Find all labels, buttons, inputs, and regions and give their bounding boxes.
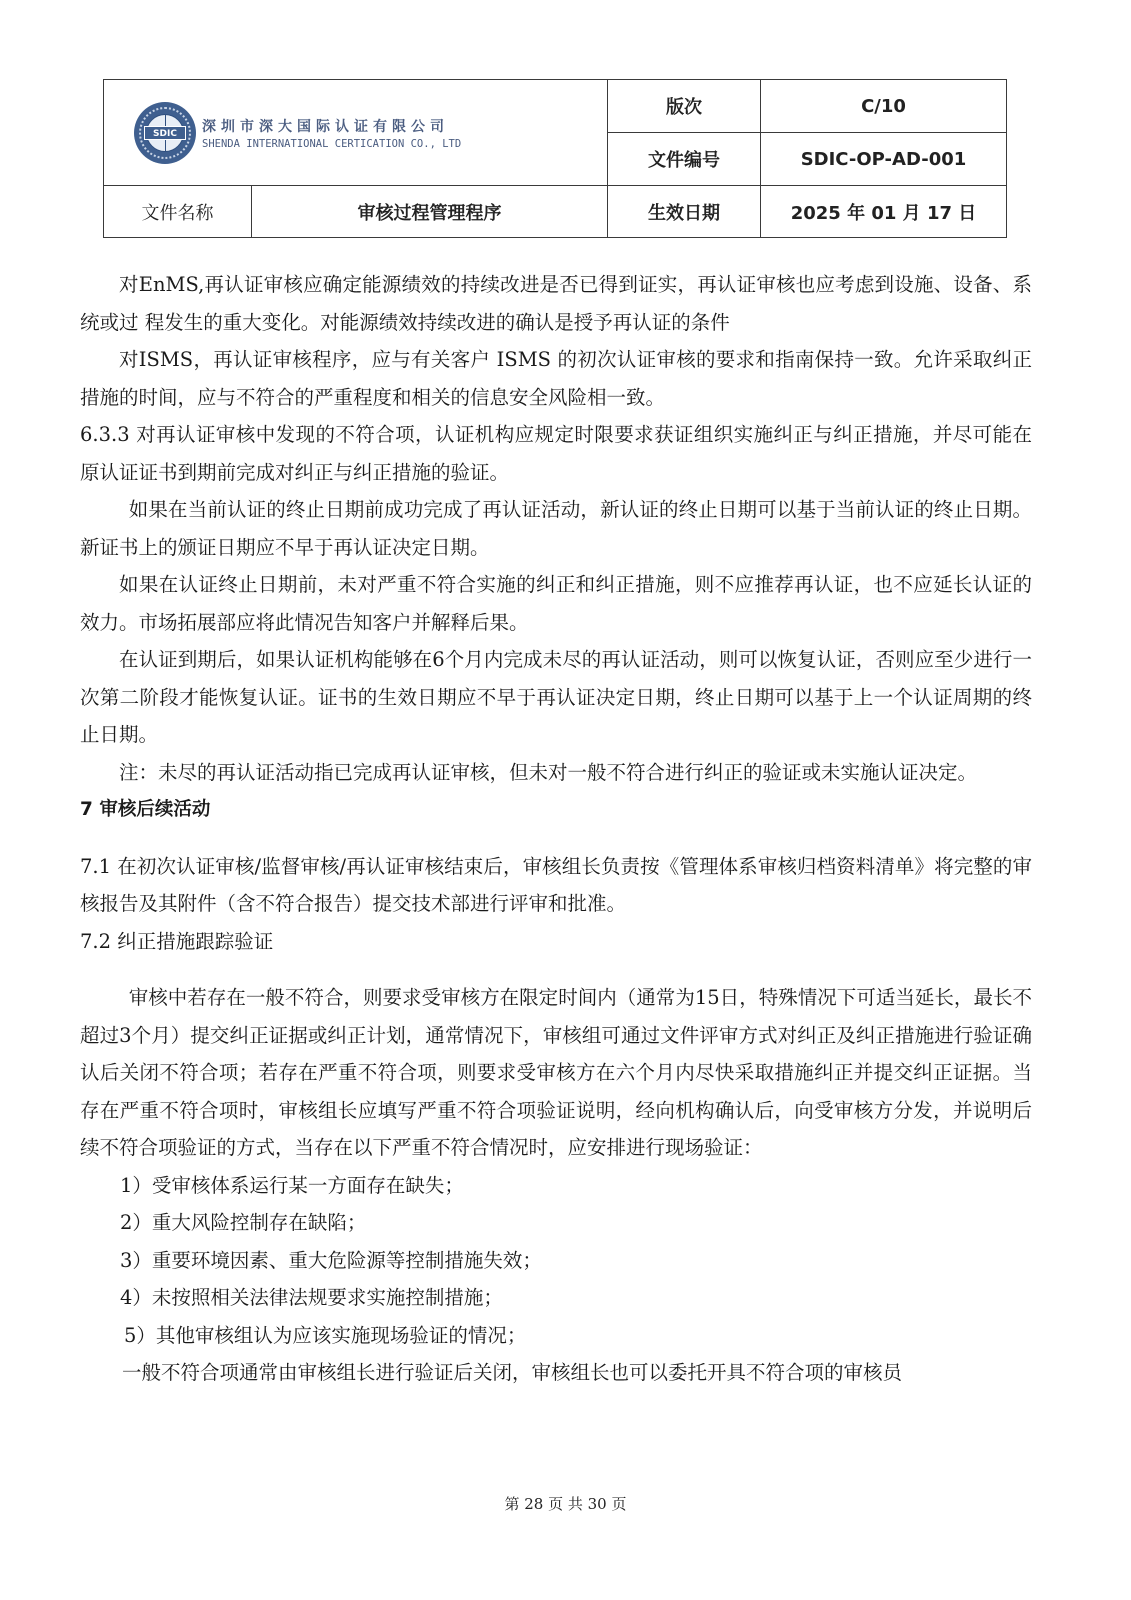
list-item: 3）重要环境因素、重大危险源等控制措施失效； bbox=[80, 1242, 1032, 1280]
doc-name-value: 审核过程管理程序 bbox=[252, 186, 608, 238]
document-body: 对EnMS,再认证审核应确定能源绩效的持续改进是否已得到证实，再认证审核也应考虑… bbox=[80, 266, 1032, 1392]
paragraph-renewal-before-expiry: 如果在当前认证的终止日期前成功完成了再认证活动，新认证的终止日期可以基于当前认证… bbox=[80, 491, 1032, 566]
company-name-en: SHENDA INTERNATIONAL CERTICATION CO., LT… bbox=[202, 138, 461, 150]
version-value: C/10 bbox=[761, 80, 1007, 133]
version-label: 版次 bbox=[608, 80, 761, 133]
paragraph-restore-certification: 在认证到期后，如果认证机构能够在6个月内完成未尽的再认证活动，则可以恢复认证，否… bbox=[80, 641, 1032, 754]
logo-badge: SDIC bbox=[144, 126, 186, 140]
effective-date-value: 2025 年 01 月 17 日 bbox=[761, 186, 1007, 238]
company-logo: SDIC 深圳市深大国际认证有限公司 SHENDA INTERNATIONAL … bbox=[104, 102, 607, 164]
section-7-heading: 7 审核后续活动 bbox=[80, 791, 1032, 829]
paragraph-7-1: 7.1 在初次认证审核/监督审核/再认证审核结束后，审核组长负责按《管理体系审核… bbox=[80, 848, 1032, 923]
paragraph-corrective-followup: 审核中若存在一般不符合，则要求受审核方在限定时间内（通常为15日，特殊情况下可适… bbox=[80, 979, 1032, 1167]
doc-number-label: 文件编号 bbox=[608, 133, 761, 186]
paragraph-general-nc-closure: 一般不符合项通常由审核组长进行验证后关闭，审核组长也可以委托开具不符合项的审核员 bbox=[80, 1354, 1032, 1392]
company-logo-cell: SDIC 深圳市深大国际认证有限公司 SHENDA INTERNATIONAL … bbox=[104, 80, 608, 186]
sdic-globe-logo-icon: SDIC bbox=[134, 102, 196, 164]
paragraph-note: 注：未尽的再认证活动指已完成再认证审核，但未对一般不符合进行纠正的验证或未实施认… bbox=[80, 754, 1032, 792]
page-number-footer: 第 28 页 共 30 页 bbox=[0, 1493, 1131, 1514]
list-item: 4）未按照相关法律法规要求实施控制措施； bbox=[80, 1279, 1032, 1317]
paragraph-enms: 对EnMS,再认证审核应确定能源绩效的持续改进是否已得到证实，再认证审核也应考虑… bbox=[80, 266, 1032, 341]
list-item: 1）受审核体系运行某一方面存在缺失； bbox=[80, 1167, 1032, 1205]
effective-date-label: 生效日期 bbox=[608, 186, 761, 238]
doc-name-label: 文件名称 bbox=[104, 186, 252, 238]
paragraph-7-2-title: 7.2 纠正措施跟踪验证 bbox=[80, 923, 1032, 961]
company-name-cn: 深圳市深大国际认证有限公司 bbox=[202, 116, 461, 136]
doc-number-value: SDIC-OP-AD-001 bbox=[761, 133, 1007, 186]
list-item: 2）重大风险控制存在缺陷； bbox=[80, 1204, 1032, 1242]
list-item: 5）其他审核组认为应该实施现场验证的情况； bbox=[80, 1317, 1032, 1355]
paragraph-isms: 对ISMS，再认证审核程序，应与有关客户 ISMS 的初次认证审核的要求和指南保… bbox=[80, 341, 1032, 416]
document-header-table: SDIC 深圳市深大国际认证有限公司 SHENDA INTERNATIONAL … bbox=[103, 79, 1007, 238]
paragraph-major-nc: 如果在认证终止日期前，未对严重不符合实施的纠正和纠正措施，则不应推荐再认证，也不… bbox=[80, 566, 1032, 641]
paragraph-6-3-3: 6.3.3 对再认证审核中发现的不符合项，认证机构应规定时限要求获证组织实施纠正… bbox=[80, 416, 1032, 491]
